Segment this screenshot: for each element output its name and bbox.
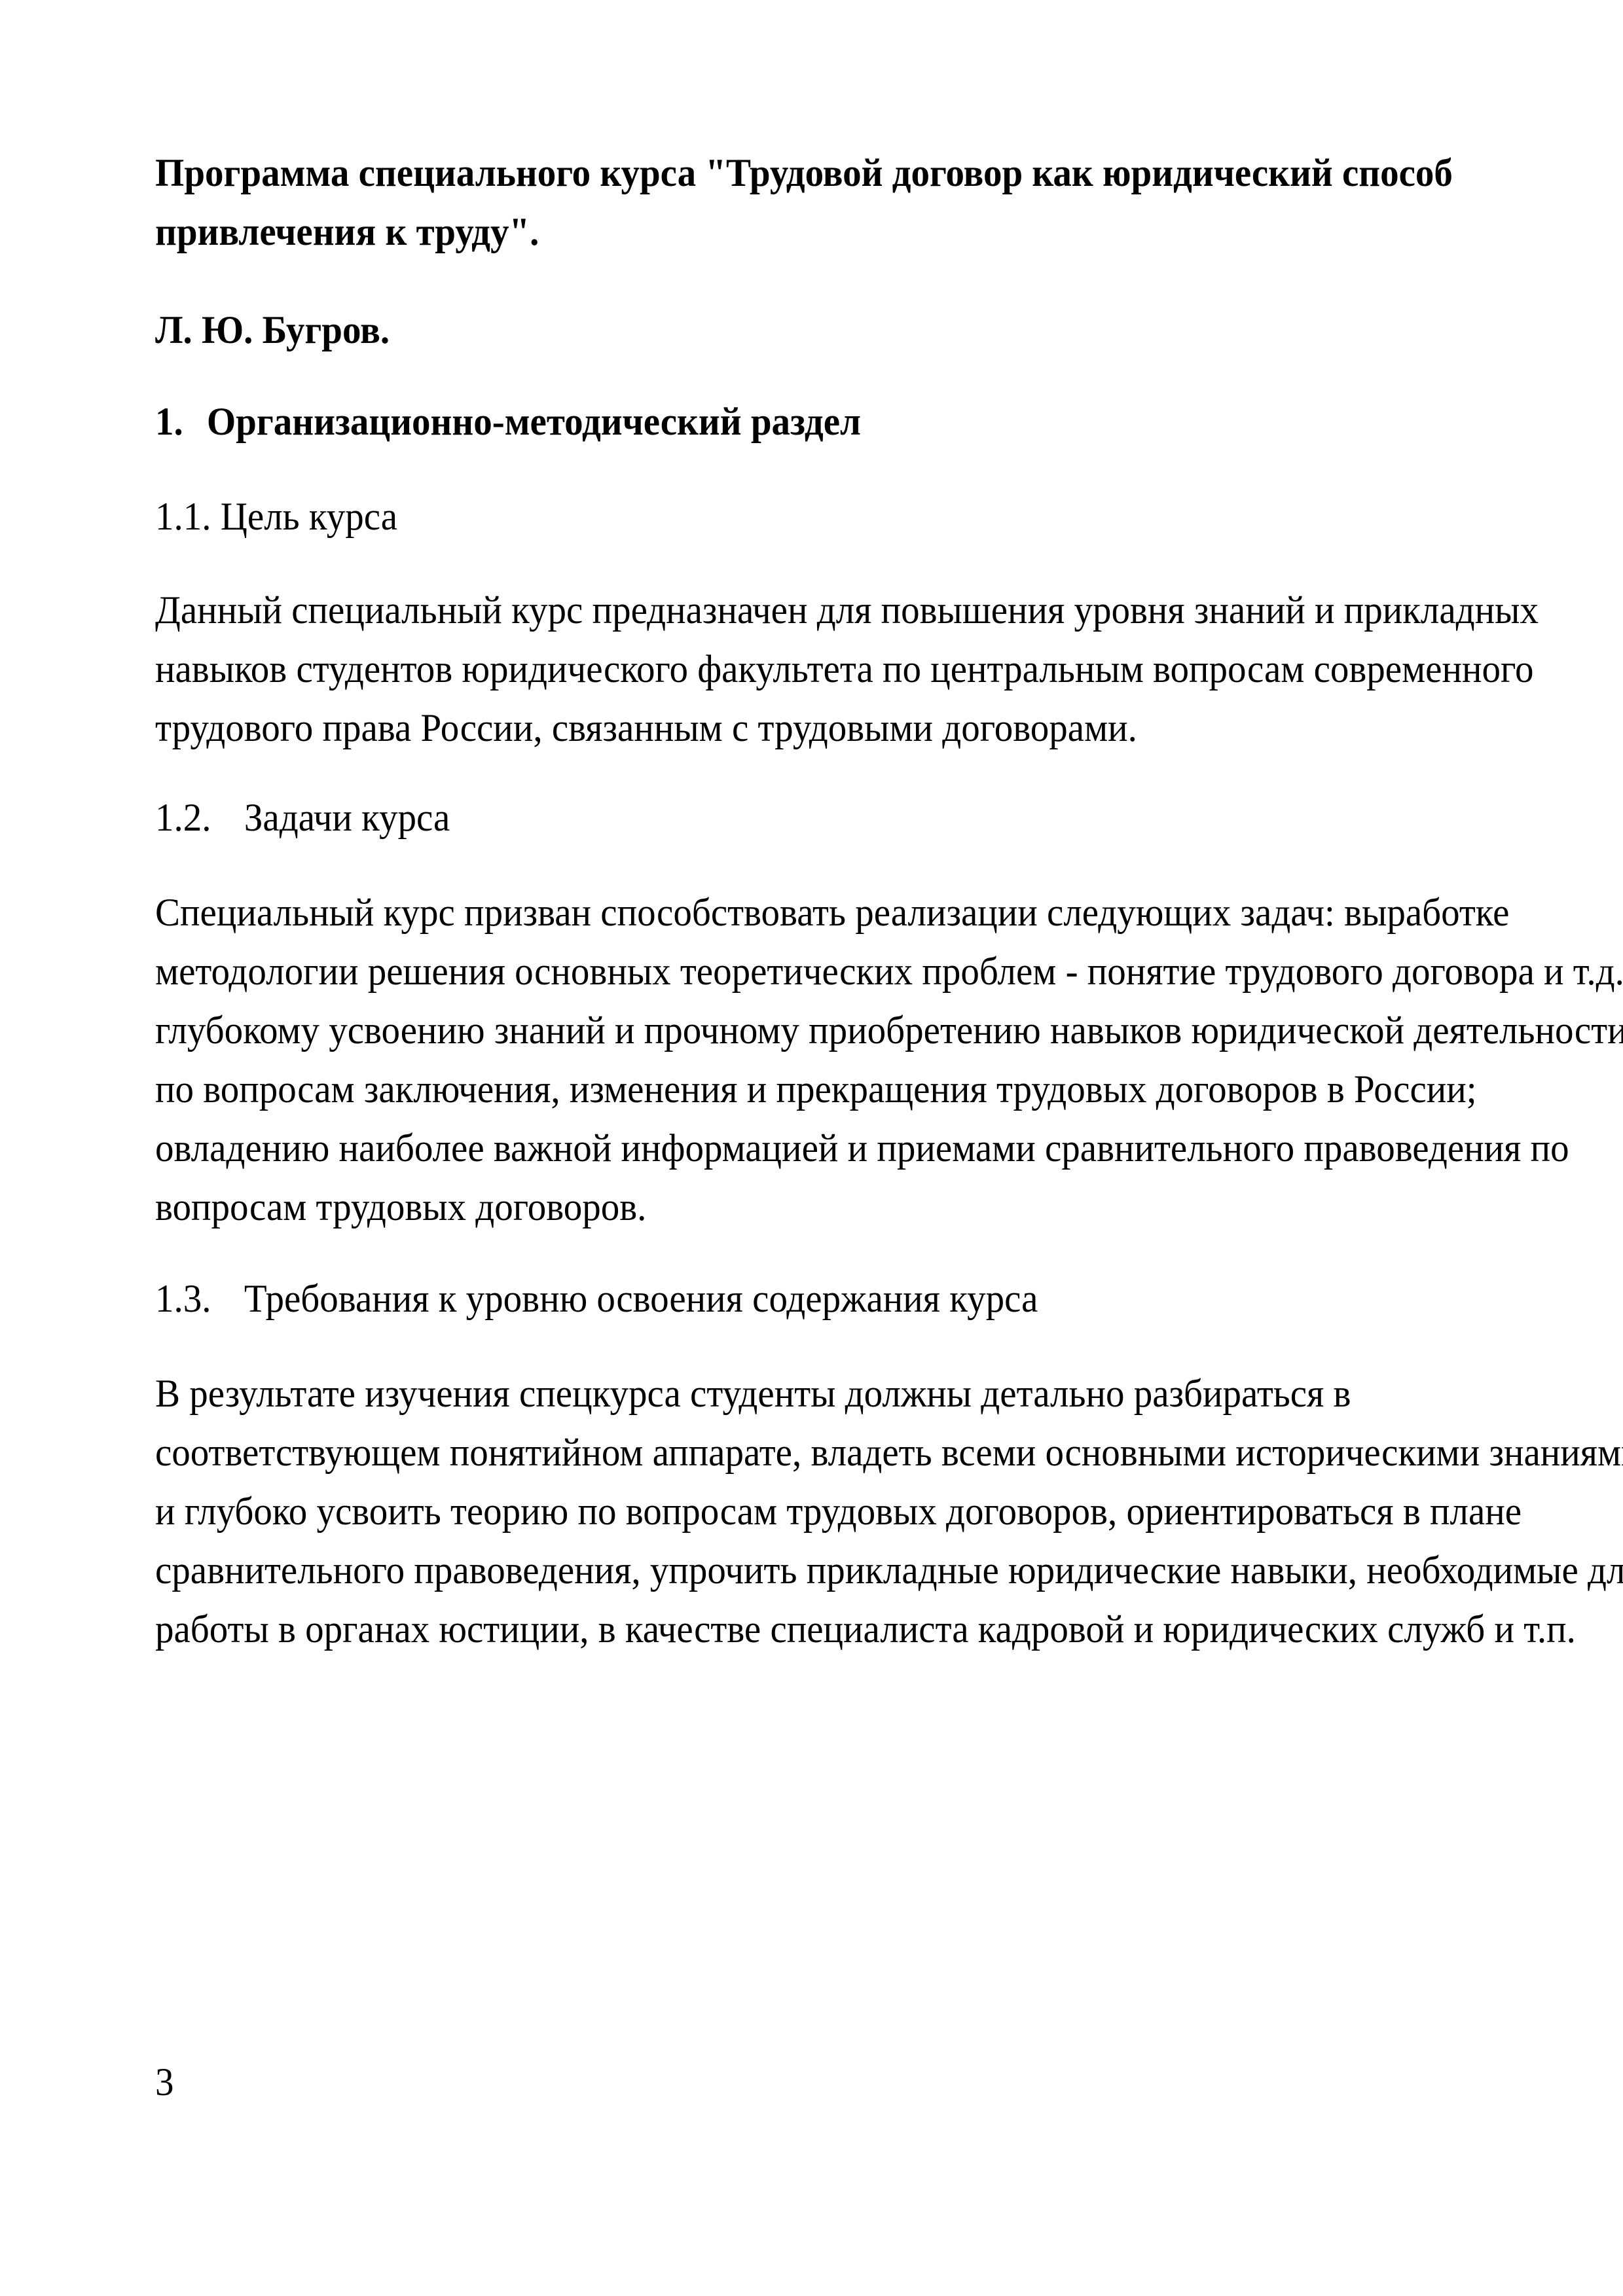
document-title: Программа специального курса "Трудовой д… bbox=[155, 143, 1453, 261]
subsection-1-1-heading: 1.1. Цель курса bbox=[155, 487, 397, 546]
paragraph-line: навыков студентов юридического факультет… bbox=[155, 639, 1539, 698]
paragraph-line: методологии решения основных теоретическ… bbox=[155, 942, 1623, 1001]
paragraph-course-goal: Данный специальный курс предназначен для… bbox=[155, 581, 1539, 757]
document-title-line-2: привлечения к труду". bbox=[155, 202, 1453, 261]
paragraph-line: трудового права России, связанным с труд… bbox=[155, 698, 1539, 757]
paragraph-course-tasks: Специальный курс призван способствовать … bbox=[155, 883, 1623, 1236]
subsection-1-2-number: 1.2. bbox=[155, 788, 244, 847]
paragraph-line: соответствующем понятийном аппарате, вла… bbox=[155, 1423, 1623, 1482]
paragraph-line: овладению наиболее важной информацией и … bbox=[155, 1119, 1623, 1177]
paragraph-line: сравнительного правоведения, упрочить пр… bbox=[155, 1541, 1623, 1600]
paragraph-line: по вопросам заключения, изменения и прек… bbox=[155, 1060, 1623, 1119]
subsection-1-3-heading: 1.3.Требования к уровню освоения содержа… bbox=[155, 1269, 1038, 1328]
paragraph-line: В результате изучения спецкурса студенты… bbox=[155, 1364, 1623, 1423]
author: Л. Ю. Бугров. bbox=[155, 300, 390, 359]
paragraph-line: вопросам трудовых договоров. bbox=[155, 1177, 1623, 1236]
paragraph-line: работы в органах юстиции, в качестве спе… bbox=[155, 1600, 1623, 1659]
subsection-1-3-number: 1.3. bbox=[155, 1269, 244, 1328]
subsection-1-3-title: Требования к уровню освоения содержания … bbox=[244, 1277, 1038, 1320]
paragraph-line: и глубоко усвоить теорию по вопросам тру… bbox=[155, 1482, 1623, 1541]
paragraph-line: Специальный курс призван способствовать … bbox=[155, 883, 1623, 942]
document-title-line-1: Программа специального курса "Трудовой д… bbox=[155, 143, 1453, 202]
section-1-title: Организационно-методический раздел bbox=[207, 400, 861, 443]
section-1-number: 1. bbox=[155, 392, 207, 451]
paragraph-line: глубокому усвоению знаний и прочному при… bbox=[155, 1001, 1623, 1060]
page-number: 3 bbox=[155, 2053, 174, 2111]
subsection-1-2-title: Задачи курса bbox=[244, 796, 450, 839]
paragraph-line: Данный специальный курс предназначен для… bbox=[155, 581, 1539, 639]
subsection-1-2-heading: 1.2.Задачи курса bbox=[155, 788, 450, 847]
document-page: Программа специального курса "Трудовой д… bbox=[0, 0, 1623, 2296]
paragraph-course-requirements: В результате изучения спецкурса студенты… bbox=[155, 1364, 1623, 1659]
section-1-heading: 1.Организационно-методический раздел bbox=[155, 392, 861, 451]
